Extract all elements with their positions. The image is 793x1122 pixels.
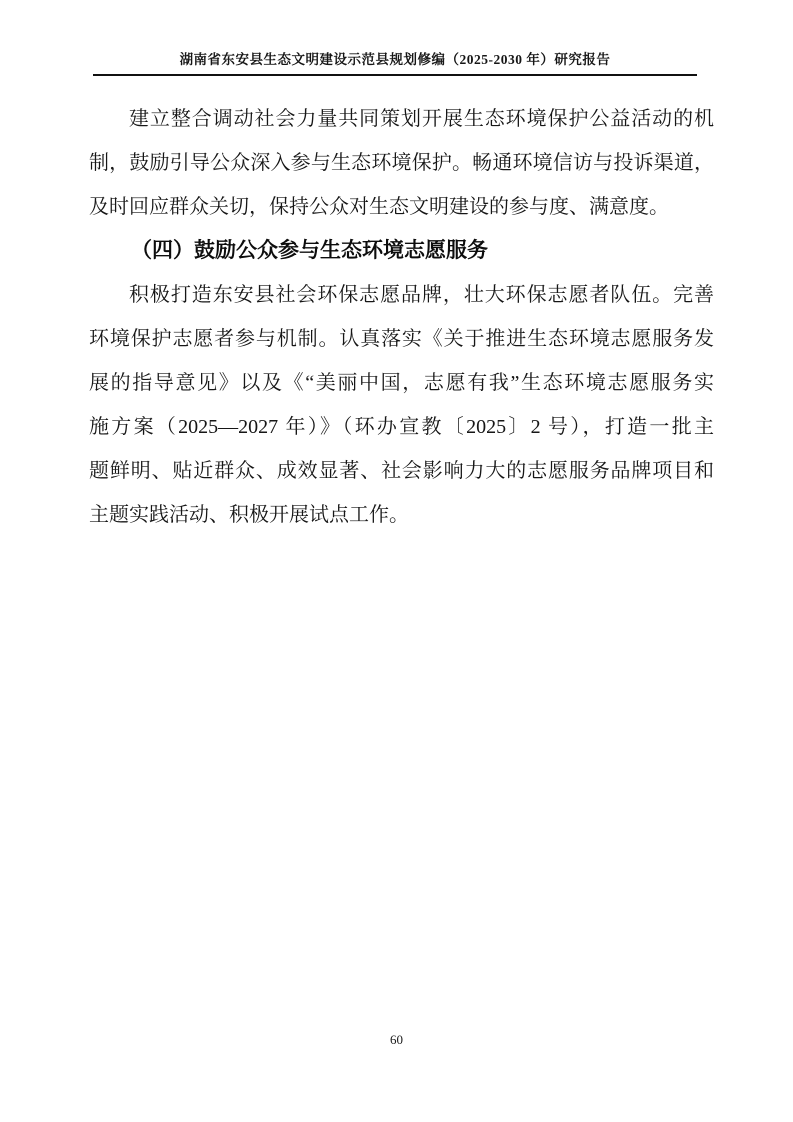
section-heading: （四）鼓励公众参与生态环境志愿服务 — [89, 229, 714, 273]
paragraph-line: 主题实践活动、积极开展试点工作。 — [89, 493, 714, 537]
paragraph-line: 及时回应群众关切，保持公众对生态文明建设的参与度、满意度。 — [89, 185, 714, 229]
paragraph-line: 建立整合调动社会力量共同策划开展生态环境保护公益活动的机 — [89, 97, 714, 141]
paragraph-line: 展的指导意见》以及《“美丽中国，志愿有我”生态环境志愿服务实 — [89, 361, 714, 405]
header-title: 湖南省东安县生态文明建设示范县规划修编（2025-2030 年）研究报告 — [180, 52, 611, 67]
page-header: 湖南省东安县生态文明建设示范县规划修编（2025-2030 年）研究报告 — [93, 50, 697, 76]
paragraph-line: 题鲜明、贴近群众、成效显著、社会影响力大的志愿服务品牌项目和 — [89, 449, 714, 493]
paragraph-line: 积极打造东安县社会环保志愿品牌，壮大环保志愿者队伍。完善 — [89, 273, 714, 317]
document-body: 建立整合调动社会力量共同策划开展生态环境保护公益活动的机 制，鼓励引导公众深入参… — [89, 97, 714, 537]
page-footer: 60 — [0, 1031, 793, 1049]
document-page: 湖南省东安县生态文明建设示范县规划修编（2025-2030 年）研究报告 建立整… — [0, 0, 793, 1122]
paragraph: 建立整合调动社会力量共同策划开展生态环境保护公益活动的机 制，鼓励引导公众深入参… — [89, 97, 714, 229]
paragraph-line: 施方案（2025—2027 年）》（环办宣教〔2025〕2 号），打造一批主 — [89, 405, 714, 449]
paragraph-line: 制，鼓励引导公众深入参与生态环境保护。畅通环境信访与投诉渠道， — [89, 141, 714, 185]
paragraph: 积极打造东安县社会环保志愿品牌，壮大环保志愿者队伍。完善 环境保护志愿者参与机制… — [89, 273, 714, 537]
paragraph-line: 环境保护志愿者参与机制。认真落实《关于推进生态环境志愿服务发 — [89, 317, 714, 361]
page-number: 60 — [390, 1032, 403, 1047]
